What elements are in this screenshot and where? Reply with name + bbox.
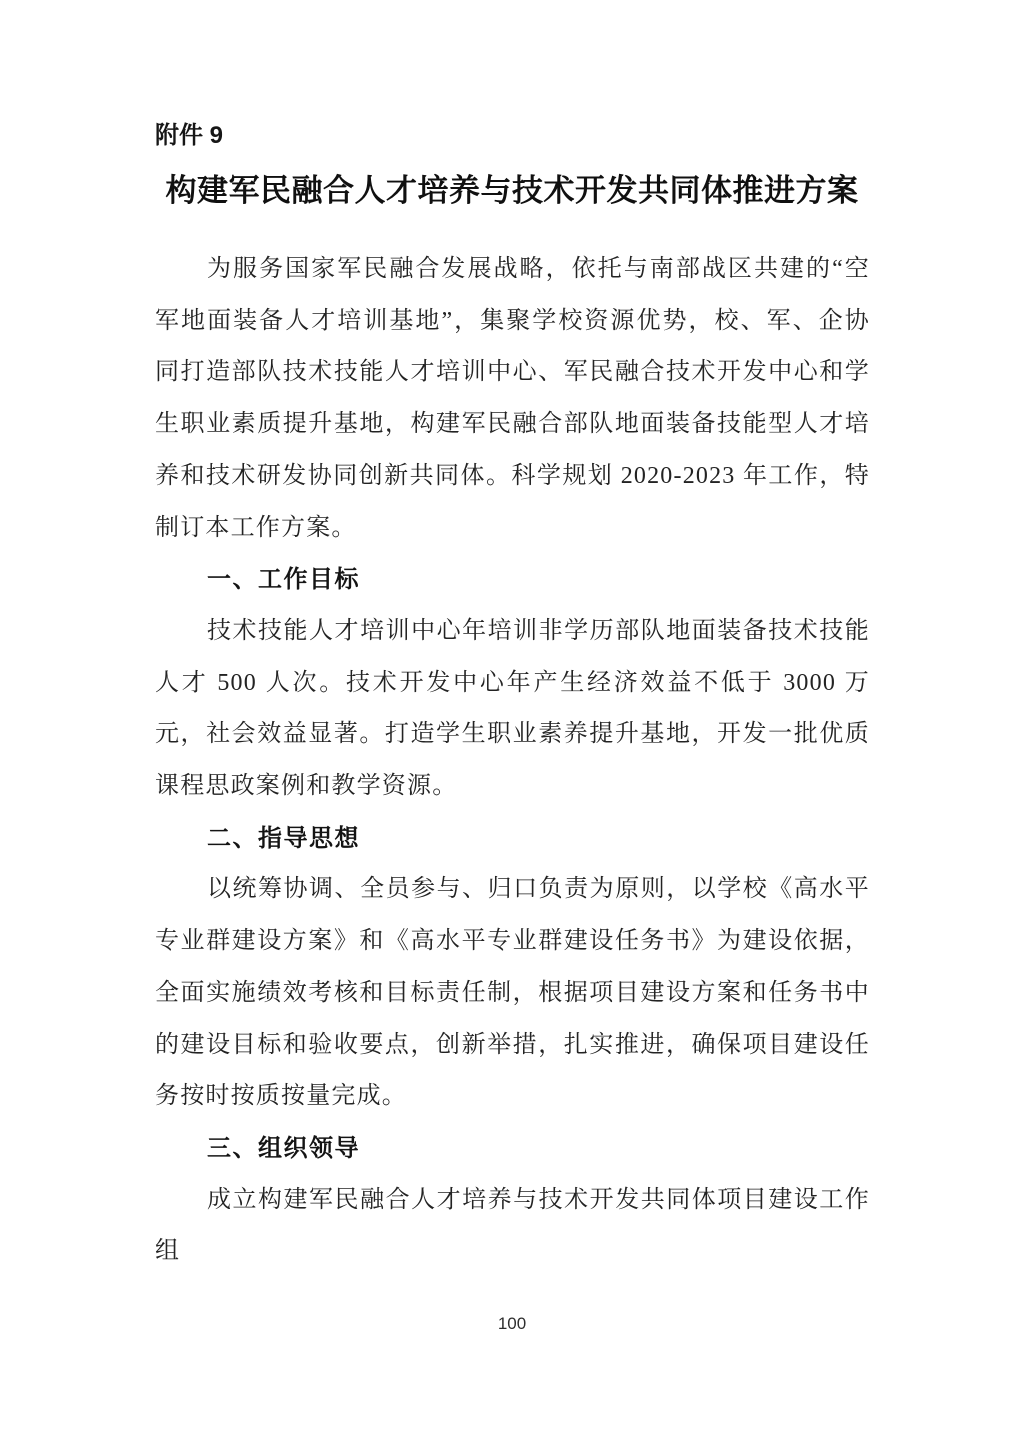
document-page: 附件 9 构建军民融合人才培养与技术开发共同体推进方案 为服务国家军民融合发展战… (0, 0, 1024, 1448)
paragraph-work-goals: 技术技能人才培训中心年培训非学历部队地面装备技术技能人才 500 人次。技术开发… (155, 606, 870, 813)
paragraph-guiding-ideology: 以统筹协调、全员参与、归口负责为原则，以学校《高水平专业群建设方案》和《高水平专… (155, 864, 870, 1123)
paragraph-organization-leadership: 成立构建军民融合人才培养与技术开发共同体项目建设工作组 (155, 1175, 870, 1278)
attachment-label: 附件 9 (155, 120, 223, 151)
section-heading-guiding-ideology: 二、指导思想 (155, 813, 870, 865)
document-title: 构建军民融合人才培养与技术开发共同体推进方案 (82, 172, 942, 210)
section-heading-work-goals: 一、工作目标 (155, 554, 870, 606)
paragraph-intro: 为服务国家军民融合发展战略，依托与南部战区共建的“空军地面装备人才培训基地”，集… (155, 244, 870, 554)
section-heading-organization-leadership: 三、组织领导 (155, 1123, 870, 1175)
page-number: 100 (0, 1314, 1024, 1334)
document-body: 为服务国家军民融合发展战略，依托与南部战区共建的“空军地面装备人才培训基地”，集… (155, 244, 870, 1278)
